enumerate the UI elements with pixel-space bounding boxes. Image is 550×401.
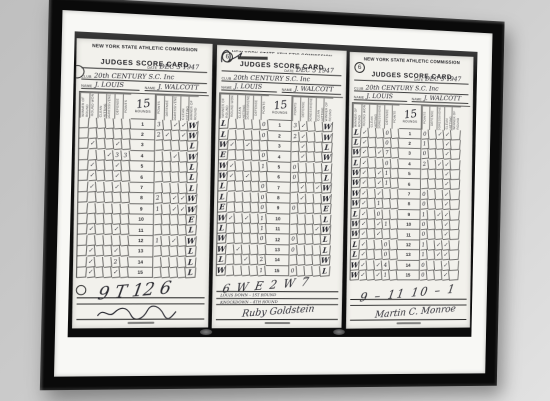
scorecards-photo: NEW YORK STATE ATHLETIC COMMISSION JUDGE…: [68, 31, 478, 337]
round-number: 11: [138, 227, 143, 232]
round-cell: 14: [397, 260, 420, 270]
round-winner-letter: E: [321, 204, 332, 215]
rounds-header: 15ROUNDS: [399, 104, 422, 129]
round-number: 15: [274, 268, 279, 273]
score-row: ✓✓11L: [78, 224, 207, 236]
name-label: NAME: [354, 95, 364, 99]
round-number: 1: [278, 123, 281, 128]
column-header: WINNER OF ROUND: [323, 97, 333, 122]
column-header: WINNER OF ROUND: [188, 95, 199, 121]
round-winner-letter: [451, 130, 461, 141]
round-cell: 12: [266, 235, 290, 246]
round-cell: 1: [399, 129, 422, 140]
round-number: 6: [140, 174, 143, 179]
round-number: 13: [275, 247, 280, 252]
round-cell: 5: [267, 162, 291, 173]
round-number: 5: [408, 171, 410, 176]
name-label: NAME: [282, 88, 292, 92]
score-cell: [390, 179, 398, 190]
round-number: 15: [138, 270, 143, 275]
name-label: NAME: [145, 85, 156, 89]
score-grid: WINNER OF ROUNDROUND WONCLEAN HITTINGAGG…: [350, 102, 471, 281]
round-cell: 7: [398, 189, 421, 199]
round-number: 15: [406, 273, 411, 278]
round-number: 6: [277, 175, 280, 180]
round-winner-letter: L: [187, 173, 198, 184]
round-winner-letter: [450, 180, 460, 191]
round-cell: 8: [267, 193, 291, 204]
score-cell: [391, 148, 399, 159]
round-winner-letter: L: [186, 225, 197, 236]
total-line: 9 T 12 6: [77, 281, 205, 298]
round-number: 12: [138, 238, 143, 243]
round-cell: 1: [268, 120, 292, 131]
score-row: ✓✓15L: [77, 267, 206, 278]
score-cell: [120, 225, 129, 236]
round-number: 4: [141, 153, 144, 158]
column-header: WINNER OF ROUND: [220, 94, 229, 119]
club-value: 20th CENTURY S.C. Inc: [94, 71, 174, 81]
grid-header-row: WINNER OF ROUNDROUND WONCLEAN HITTINGAGG…: [353, 103, 470, 131]
round-number: 12: [406, 242, 411, 247]
score-cell: [389, 250, 397, 261]
date-value: DEC 5 1947: [425, 75, 461, 83]
round-cell: 7: [130, 183, 155, 194]
round-winner-letter: W: [186, 204, 197, 215]
referee-signature: Ruby Goldstein: [241, 304, 315, 320]
signature-line: Ruby Goldstein: [216, 305, 338, 320]
round-cell: 14: [128, 257, 153, 268]
round-number: 8: [277, 195, 280, 200]
round-number: 3: [141, 143, 144, 148]
score-cell: [121, 193, 130, 204]
column-header: POINTS: [392, 104, 400, 129]
round-cell: 8: [129, 193, 154, 204]
round-cell: 11: [129, 225, 154, 236]
round-winner-letter: L: [185, 267, 196, 278]
round-number: 14: [406, 263, 411, 268]
round-winner-letter: L: [320, 266, 331, 277]
round-number: 8: [408, 202, 410, 207]
round-number: 11: [275, 226, 280, 231]
signature-scrawl: [95, 305, 178, 319]
circled-number: 6: [354, 61, 365, 72]
round-winner-letter: W: [186, 194, 197, 205]
boxer-right-name: J. WALCOTT: [158, 82, 199, 91]
printed-label-smudge: [75, 319, 205, 326]
backing-emblem: [333, 329, 345, 335]
round-winner-letter: [450, 160, 460, 171]
round-cell: 5: [130, 161, 155, 172]
boxer-left-name: J. LOUIS: [366, 92, 392, 100]
score-row: W1150L: [217, 265, 340, 276]
round-cell: 10: [266, 214, 290, 225]
round-number: 8: [140, 196, 143, 201]
round-number: 1: [409, 131, 411, 136]
round-cell: 11: [266, 224, 290, 235]
column-header: POINTS: [122, 93, 131, 119]
rounds-header: 15ROUNDS: [131, 93, 156, 119]
round-cell: 2: [130, 129, 155, 140]
judge-signature: Martin C. Monroe: [374, 303, 456, 320]
round-winner-letter: W: [188, 120, 199, 131]
stamp-mark: [76, 284, 87, 294]
total-line: 6 W E 2 W 7: [216, 276, 338, 293]
club-value: 20th CENTURY S.C. Inc: [365, 83, 438, 92]
score-row: W✓✓4140✓: [351, 260, 468, 270]
score-cell: 1: [257, 265, 266, 276]
round-number: 7: [408, 192, 410, 197]
round-cell: 13: [266, 245, 290, 256]
round-number: 10: [138, 217, 143, 222]
backing-emblem: [200, 329, 212, 335]
round-cell: 6: [130, 172, 155, 183]
round-cell: 1: [131, 119, 156, 130]
round-winner-letter: [449, 250, 459, 261]
printed-label-smudge: [215, 320, 339, 326]
photo-scene: NEW YORK STATE ATHLETIC COMMISSION JUDGE…: [0, 0, 550, 401]
round-number: 14: [275, 258, 280, 263]
column-header: WINNER OF ROUND: [80, 91, 90, 117]
round-number: 11: [406, 232, 411, 237]
round-winner-letter: L: [185, 257, 196, 268]
knockdown-note-2: KNOCKDOWN – 4TH ROUND: [216, 298, 338, 304]
score-cell: [120, 246, 129, 257]
round-winner-letter: W: [187, 152, 198, 163]
card-footer: 9 T 12 6: [75, 281, 206, 326]
score-cell: [391, 128, 399, 139]
round-number: 10: [406, 222, 411, 227]
score-cell: 0: [259, 151, 268, 162]
column-header: POINTS: [261, 95, 269, 120]
knockdown-note-1: LOUIS DOWN – 1ST ROUND: [216, 292, 338, 298]
round-cell: 13: [129, 246, 154, 257]
round-number: 5: [278, 164, 281, 169]
card-footer: 9 – 11 10 – 1 Martin C. Monroe: [349, 284, 468, 327]
score-cell: 0: [259, 182, 268, 193]
picture-frame: NEW YORK STATE ATHLETIC COMMISSION JUDGE…: [40, 0, 505, 390]
round-winner-letter: L: [187, 141, 198, 152]
round-winner-letter: L: [321, 214, 332, 225]
signature-line: Martin C. Monroe: [350, 305, 467, 320]
score-cell: [122, 140, 131, 151]
round-winner-letter: W: [322, 132, 333, 143]
score-cell: [121, 171, 130, 182]
round-cell: 3: [130, 140, 155, 151]
round-number: 9: [140, 206, 143, 211]
name-label: NAME: [81, 83, 92, 88]
round-cell: 15: [397, 271, 420, 281]
round-number: 9: [277, 206, 280, 211]
round-number: 7: [277, 185, 280, 190]
score-row: ✓✓13L: [77, 246, 206, 257]
signature-line: [76, 304, 204, 320]
score-grid: WINNER OF ROUNDROUND WONCLEAN HITTINGAGG…: [76, 90, 209, 278]
rounds-count: 15: [273, 100, 288, 111]
score-row: L✓0131✓✓: [351, 250, 468, 261]
name-label: NAME: [412, 97, 422, 101]
scorecard-judge-1: NEW YORK STATE ATHLETIC COMMISSION JUDGE…: [72, 38, 213, 328]
round-cell: 12: [129, 236, 154, 247]
score-cell: 0: [258, 203, 267, 214]
round-cell: 9: [129, 204, 154, 215]
boxer-right-name: J. WALCOTT: [424, 94, 461, 102]
round-winner-letter: [451, 150, 461, 161]
score-cell: 2: [257, 255, 266, 266]
round-number: 7: [140, 185, 143, 190]
strikeout-mark: [238, 56, 268, 60]
round-cell: 10: [398, 220, 421, 230]
scorecard-referee: NEW YORK STATE ATHLETIC COMMISSION 6 JUD…: [212, 45, 347, 328]
round-cell: 9: [267, 203, 291, 214]
score-cell: [120, 267, 129, 278]
score-cell: [390, 199, 398, 210]
round-winner-letter: W: [320, 256, 331, 267]
round-winner-letter: [450, 200, 460, 211]
round-cell: 4: [268, 151, 292, 162]
round-number: 5: [141, 164, 144, 169]
score-cell: 0: [260, 120, 269, 131]
round-winner-letter: [450, 230, 460, 241]
score-cell: 0: [258, 234, 267, 245]
name-label: NAME: [221, 86, 232, 90]
round-number: 14: [138, 259, 143, 264]
round-winner-letter: W: [322, 153, 333, 164]
round-cell: 12: [397, 240, 420, 250]
score-cell: 0: [260, 130, 269, 141]
round-number: 9: [408, 212, 410, 217]
rounds-count: 15: [403, 109, 417, 120]
date-value: DEC 5 1947: [296, 65, 334, 74]
round-cell: 4: [130, 151, 155, 162]
rounds-header: 15ROUNDS: [268, 95, 292, 121]
column-header: WINNER OF ROUND: [451, 106, 461, 130]
round-cell: 5: [398, 169, 421, 180]
boxer-right-name: J. WALCOTT: [294, 85, 333, 94]
round-cell: 2: [399, 139, 422, 150]
printed-label-smudge: [349, 320, 467, 327]
round-winner-letter: [449, 270, 459, 281]
round-winner-letter: W: [323, 122, 334, 133]
rounds-count: 15: [135, 98, 151, 110]
date-value: DEC 5 1947: [159, 62, 199, 71]
round-cell: 15: [266, 266, 290, 277]
mat-border: NEW YORK STATE ATHLETIC COMMISSION JUDGE…: [54, 10, 493, 377]
round-cell: 9: [398, 210, 421, 220]
round-number: 3: [278, 144, 281, 149]
round-number: 6: [408, 182, 410, 187]
round-number: 2: [409, 141, 411, 146]
round-number: 4: [408, 161, 410, 166]
score-row: W✓✓1150✓: [351, 270, 468, 280]
round-number: 4: [278, 154, 281, 159]
round-cell: 6: [267, 172, 291, 183]
round-cell: 3: [268, 141, 292, 152]
round-number: 2: [278, 133, 281, 138]
column-header: WINNER OF ROUND: [353, 103, 362, 128]
round-cell: 15: [128, 268, 153, 279]
round-cell: 7: [267, 183, 291, 194]
scorecard-judge-2: NEW YORK STATE ATHLETIC COMMISSION 6 JUD…: [346, 52, 473, 329]
round-number: 13: [406, 252, 411, 257]
round-number: 12: [275, 237, 280, 242]
round-number: 1: [141, 121, 144, 126]
score-cell: [122, 118, 131, 129]
boxer-left-name: J. LOUIS: [94, 80, 123, 89]
round-cell: 6: [398, 179, 421, 190]
round-winner-letter: L: [322, 163, 333, 174]
round-cell: 4: [399, 159, 422, 170]
round-cell: 2: [268, 131, 292, 142]
score-grid: WINNER OF ROUNDROUND WONCLEAN HITTINGAGG…: [216, 92, 343, 276]
round-number: 2: [141, 132, 144, 137]
round-number: 13: [138, 249, 143, 254]
round-cell: 10: [129, 214, 154, 225]
score-row: W✓✓110✓: [351, 230, 468, 241]
round-number: 10: [275, 216, 280, 221]
score-cell: [389, 270, 397, 281]
score-row: L✓0121✓✓: [351, 240, 468, 251]
round-cell: 13: [397, 250, 420, 260]
round-cell: 8: [398, 200, 421, 210]
round-cell: 14: [266, 255, 290, 266]
round-cell: 3: [399, 149, 422, 160]
card-footer: 6 W E 2 W 7 LOUIS DOWN – 1ST ROUND KNOCK…: [215, 276, 340, 326]
score-cell: [390, 230, 398, 241]
score-row: ✓214L: [77, 257, 206, 268]
round-cell: 11: [398, 230, 421, 240]
boxer-left-name: J. LOUIS: [234, 82, 262, 91]
round-number: 3: [408, 151, 410, 156]
round-winner-letter: L: [321, 235, 332, 246]
score-row: L✓214W: [217, 255, 340, 266]
round-winner-letter: W: [321, 184, 332, 195]
round-winner-letter: L: [186, 246, 197, 257]
total-line: 9 – 11 10 – 1: [350, 284, 467, 300]
grid-header-row: WINNER OF ROUNDROUND WONCLEAN HITTINGAGG…: [80, 91, 209, 121]
